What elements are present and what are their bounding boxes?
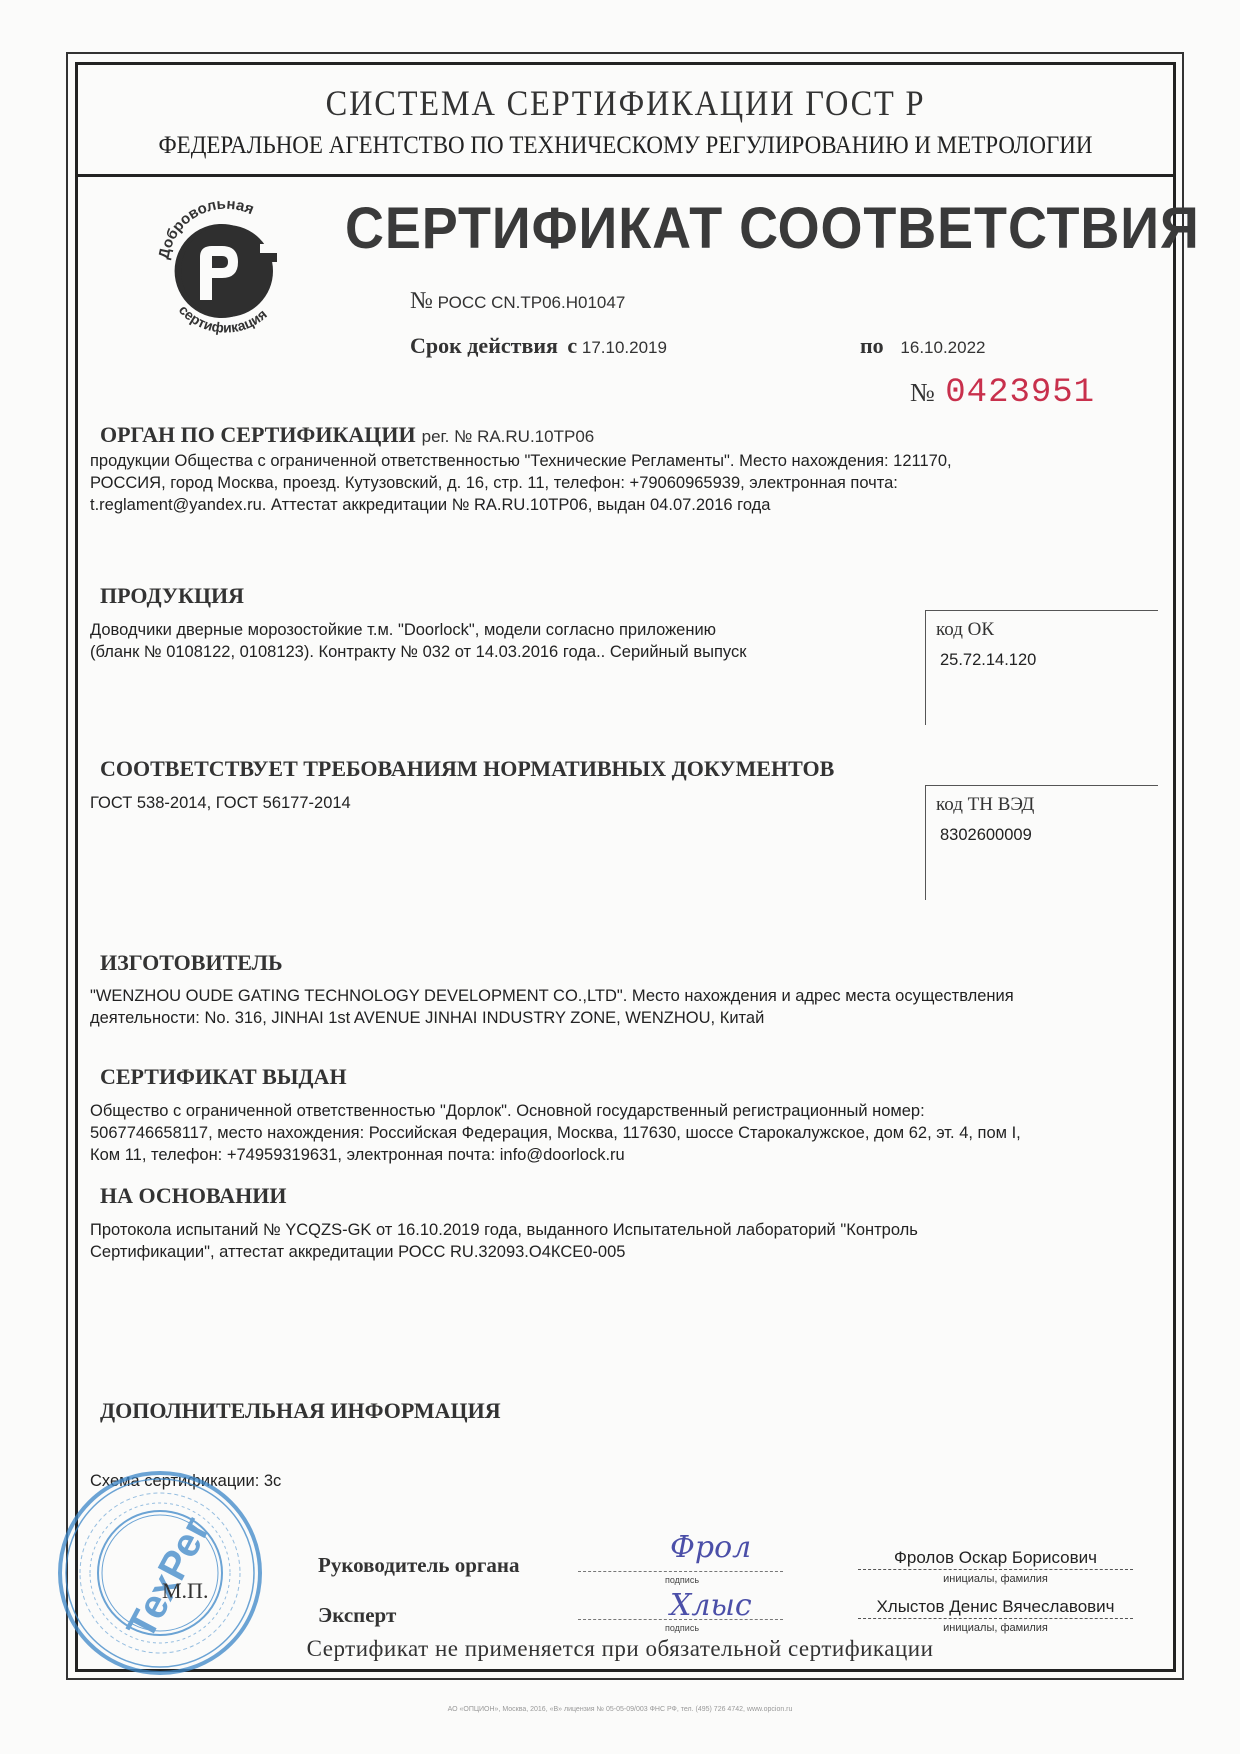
text-line: Общество с ограниченной ответственностью… (90, 1100, 1150, 1122)
manufacturer-text: "WENZHOU OUDE GATING TECHNOLOGY DEVELOPM… (90, 985, 1150, 1029)
text-line: РОССИЯ, город Москва, проезд. Кутузовски… (90, 472, 1150, 494)
tnved-code-box: код ТН ВЭД 8302600009 (925, 785, 1158, 900)
conformity-heading: СООТВЕТСТВУЕТ ТРЕБОВАНИЯМ НОРМАТИВНЫХ ДО… (100, 756, 834, 782)
stamp-place-label: М.П. (162, 1578, 208, 1604)
text-line: Доводчики дверные морозостойкие т.м. "Do… (90, 619, 890, 641)
blank-number-label: № (910, 378, 935, 407)
manufacturer-heading: ИЗГОТОВИТЕЛЬ (100, 950, 283, 976)
rst-logo-icon: Добровольная сертификация (150, 192, 300, 342)
from-label: с (567, 333, 577, 358)
to-label: по (860, 333, 884, 358)
expert-signature-caption: подпись (652, 1623, 712, 1633)
printer-imprint: АО «ОПЦИОН», Москва, 2016, «В» лицензия … (0, 1706, 1240, 1713)
head-name-caption: инициалы, фамилия (858, 1573, 1133, 1585)
text-line: Ком 11, телефон: +74959319631, электронн… (90, 1144, 1150, 1166)
valid-from-date: 17.10.2019 (582, 338, 667, 357)
text-line: (бланк № 0108122, 0108123). Контракту № … (90, 641, 890, 663)
text-line: t.reglament@yandex.ru. Аттестат аккредит… (90, 494, 1150, 516)
ok-code-value: 25.72.14.120 (936, 651, 1148, 670)
product-heading: ПРОДУКЦИЯ (100, 583, 244, 609)
expert-name-line (858, 1618, 1133, 1619)
certificate-title: СЕРТИФИКАТ СООТВЕТСТВИЯ (345, 195, 1200, 262)
validity-from: Срок действия с 17.10.2019 (410, 333, 667, 359)
blank-number: № 0423951 (910, 374, 1095, 412)
expert-name-caption: инициалы, фамилия (858, 1622, 1133, 1634)
certification-body-heading: ОРГАН ПО СЕРТИФИКАЦИИрег. № RA.RU.10ТР06 (100, 422, 594, 448)
document-header: СИСТЕМА СЕРТИФИКАЦИИ ГОСТ Р ФЕДЕРАЛЬНОЕ … (75, 62, 1176, 177)
text-line: деятельности: No. 316, JINHAI 1st AVENUE… (90, 1007, 1150, 1029)
number-value: РОСС CN.ТР06.Н01047 (438, 293, 626, 312)
product-text: Доводчики дверные морозостойкие т.м. "Do… (90, 619, 890, 663)
head-signature: Фрол (670, 1530, 751, 1565)
text-line: "WENZHOU OUDE GATING TECHNOLOGY DEVELOPM… (90, 985, 1150, 1007)
certification-body-reg: рег. № RA.RU.10ТР06 (422, 427, 595, 446)
head-signature-caption: подпись (652, 1575, 712, 1585)
ok-code-label: код ОК (936, 619, 1148, 641)
additional-info-heading: ДОПОЛНИТЕЛЬНАЯ ИНФОРМАЦИЯ (100, 1398, 501, 1424)
text-line: 5067746658117, место нахождения: Российс… (90, 1122, 1150, 1144)
system-title: СИСТЕМА СЕРТИФИКАЦИИ ГОСТ Р (130, 82, 1121, 124)
expert-name: Хлыстов Денис Вячеславович (858, 1597, 1133, 1617)
ok-code-box: код ОК 25.72.14.120 (925, 610, 1158, 725)
certification-body-title: ОРГАН ПО СЕРТИФИКАЦИИ (100, 422, 416, 447)
text-line: Сертификации", аттестат аккредитации РОС… (90, 1241, 1150, 1263)
issued-to-heading: СЕРТИФИКАТ ВЫДАН (100, 1064, 347, 1090)
disclaimer: Сертификат не применяется при обязательн… (0, 1636, 1240, 1662)
valid-to-date: 16.10.2022 (900, 338, 985, 357)
validity-label: Срок действия (410, 333, 558, 358)
blank-number-value: 0423951 (945, 374, 1095, 412)
expert-signature: Хлыс (670, 1588, 752, 1623)
certificate-number: № РОСС CN.ТР06.Н01047 (410, 288, 625, 315)
expert-role-label: Эксперт (318, 1603, 396, 1628)
validity-to: по 16.10.2022 (860, 333, 986, 359)
text-line: продукции Общества с ограниченной ответс… (90, 450, 1150, 472)
agency-name: ФЕДЕРАЛЬНОЕ АГЕНТСТВО ПО ТЕХНИЧЕСКОМУ РЕ… (119, 132, 1132, 160)
head-name-line (858, 1569, 1133, 1570)
head-role-label: Руководитель органа (318, 1553, 520, 1578)
number-label: № (410, 288, 433, 314)
basis-text: Протокола испытаний № YCQZS-GK от 16.10.… (90, 1219, 1150, 1263)
certification-body-text: продукции Общества с ограниченной ответс… (90, 450, 1150, 516)
head-signature-line (578, 1571, 783, 1572)
text-line: Протокола испытаний № YCQZS-GK от 16.10.… (90, 1219, 1150, 1241)
issued-to-text: Общество с ограниченной ответственностью… (90, 1100, 1150, 1166)
basis-heading: НА ОСНОВАНИИ (100, 1183, 287, 1209)
head-name: Фролов Оскар Борисович (858, 1548, 1133, 1568)
tnved-code-value: 8302600009 (936, 826, 1148, 845)
tnved-code-label: код ТН ВЭД (936, 794, 1148, 816)
